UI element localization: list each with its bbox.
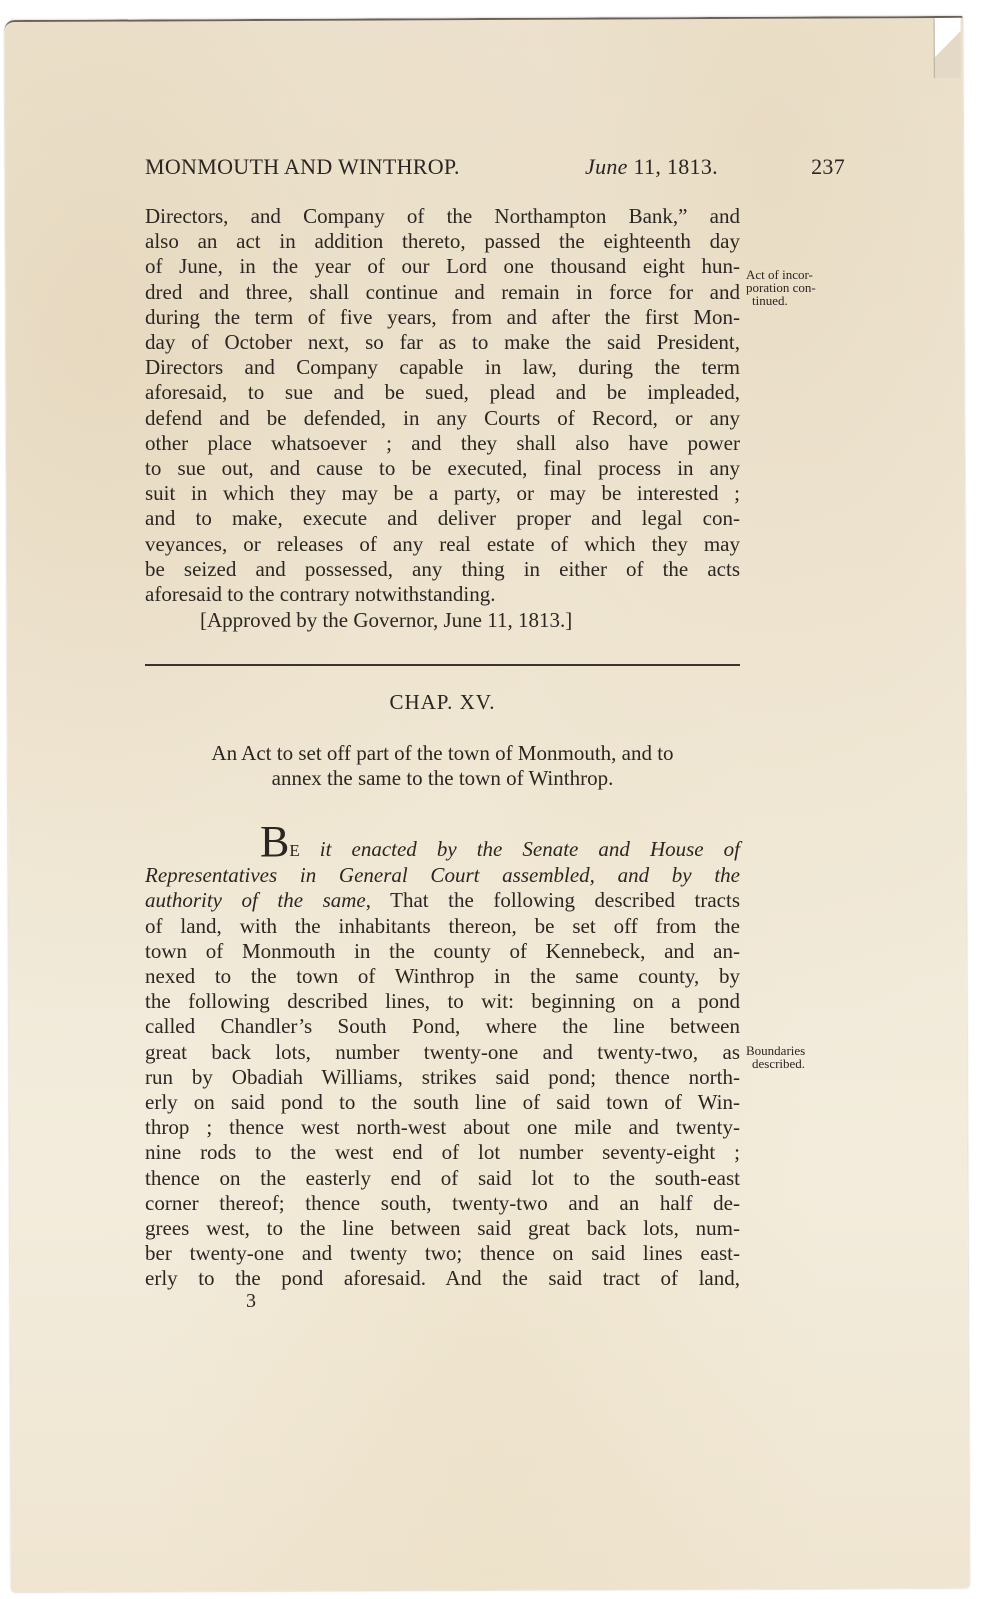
text-line: dred and three, shall continue and remai… — [145, 280, 740, 305]
act-title-line: An Act to set off part of the town of Mo… — [145, 741, 740, 766]
section-1-body: Directors, and Company of the Northampto… — [145, 204, 740, 607]
text-line: of June, in the year of our Lord one tho… — [145, 254, 740, 279]
act-title: An Act to set off part of the town of Mo… — [145, 741, 740, 791]
text-line: day of October next, so far as to make t… — [145, 330, 740, 355]
enacting-clause-line: authority of the same, That the followin… — [145, 888, 740, 913]
text-line: nine rods to the west end of lot number … — [145, 1140, 740, 1165]
text-line: be seized and possessed, any thing in ei… — [145, 557, 740, 582]
act-title-line: annex the same to the town of Winthrop. — [145, 766, 740, 791]
drop-cap: B — [260, 817, 289, 866]
date-month: June — [585, 154, 628, 179]
text-line: throp ; thence west north-west about one… — [145, 1115, 740, 1140]
text-line: the following described lines, to wit: b… — [145, 989, 740, 1014]
text-line: aforesaid to the contrary notwithstandin… — [145, 582, 740, 607]
small-cap: E — [289, 841, 299, 860]
text-line: and to make, execute and deliver proper … — [145, 506, 740, 531]
text-line: defend and be defended, in any Courts of… — [145, 406, 740, 431]
text-line: suit in which they may be a party, or ma… — [145, 481, 740, 506]
folded-corner — [934, 18, 961, 78]
text-line: also an act in addition thereto, passed … — [145, 229, 740, 254]
text-line: veyances, or releases of any real estate… — [145, 532, 740, 557]
text-line: aforesaid, to sue and be sued, plead and… — [145, 380, 740, 405]
text-line: nexed to the town of Winthrop in the sam… — [145, 964, 740, 989]
enacting-clause-line: Representatives in General Court assembl… — [145, 863, 740, 888]
text-line: town of Monmouth in the county of Kenneb… — [145, 939, 740, 964]
text-line: to sue out, and cause to be executed, fi… — [145, 456, 740, 481]
signature-mark: 3 — [246, 1290, 256, 1313]
enacting-text-rest: , That the following described tracts — [366, 888, 740, 912]
margin-note-incorporation: Act of incor- poration con- tinued. — [746, 268, 846, 307]
section-divider — [145, 664, 740, 666]
margin-note-line: described. — [746, 1057, 846, 1070]
page-number: 237 — [811, 154, 845, 180]
text-line: other place whatsoever ; and they shall … — [145, 431, 740, 456]
enacting-text: it enacted by the Senate and House of — [300, 837, 740, 861]
text-line: ber twenty-one and twenty two; thence on… — [145, 1241, 740, 1266]
running-head-title: MONMOUTH AND WINTHROP. — [145, 154, 460, 180]
text-line: Directors, and Company of the Northampto… — [145, 204, 740, 229]
text-line: grees west, to the line between said gre… — [145, 1216, 740, 1241]
text-line: thence on the easterly end of said lot t… — [145, 1166, 740, 1191]
chapter-heading: CHAP. XV. — [145, 690, 740, 715]
text-line: during the term of five years, from and … — [145, 305, 740, 330]
running-head-date: June 11, 1813. — [585, 154, 718, 180]
approval-note: [Approved by the Governor, June 11, 1813… — [200, 608, 572, 633]
margin-note-boundaries: Boundaries described. — [746, 1044, 846, 1070]
enacting-text: authority of the same — [145, 888, 366, 912]
text-line: great back lots, number twenty-one and t… — [145, 1040, 740, 1065]
text-line: erly on said pond to the south line of s… — [145, 1090, 740, 1115]
text-line: corner thereof; thence south, twenty-two… — [145, 1191, 740, 1216]
section-2-body: BE it enacted by the Senate and House of… — [145, 832, 740, 1292]
text-line: called Chandler’s South Pond, where the … — [145, 1014, 740, 1039]
text-line: erly to the pond aforesaid. And the said… — [145, 1266, 740, 1291]
margin-note-line: tinued. — [746, 294, 846, 307]
enacting-clause-line: BE it enacted by the Senate and House of — [145, 832, 740, 863]
text-line: run by Obadiah Williams, strikes said po… — [145, 1065, 740, 1090]
text-line: of land, with the inhabitants thereon, b… — [145, 914, 740, 939]
text-line: Directors and Company capable in law, du… — [145, 355, 740, 380]
date-rest: 11, 1813. — [634, 154, 718, 179]
